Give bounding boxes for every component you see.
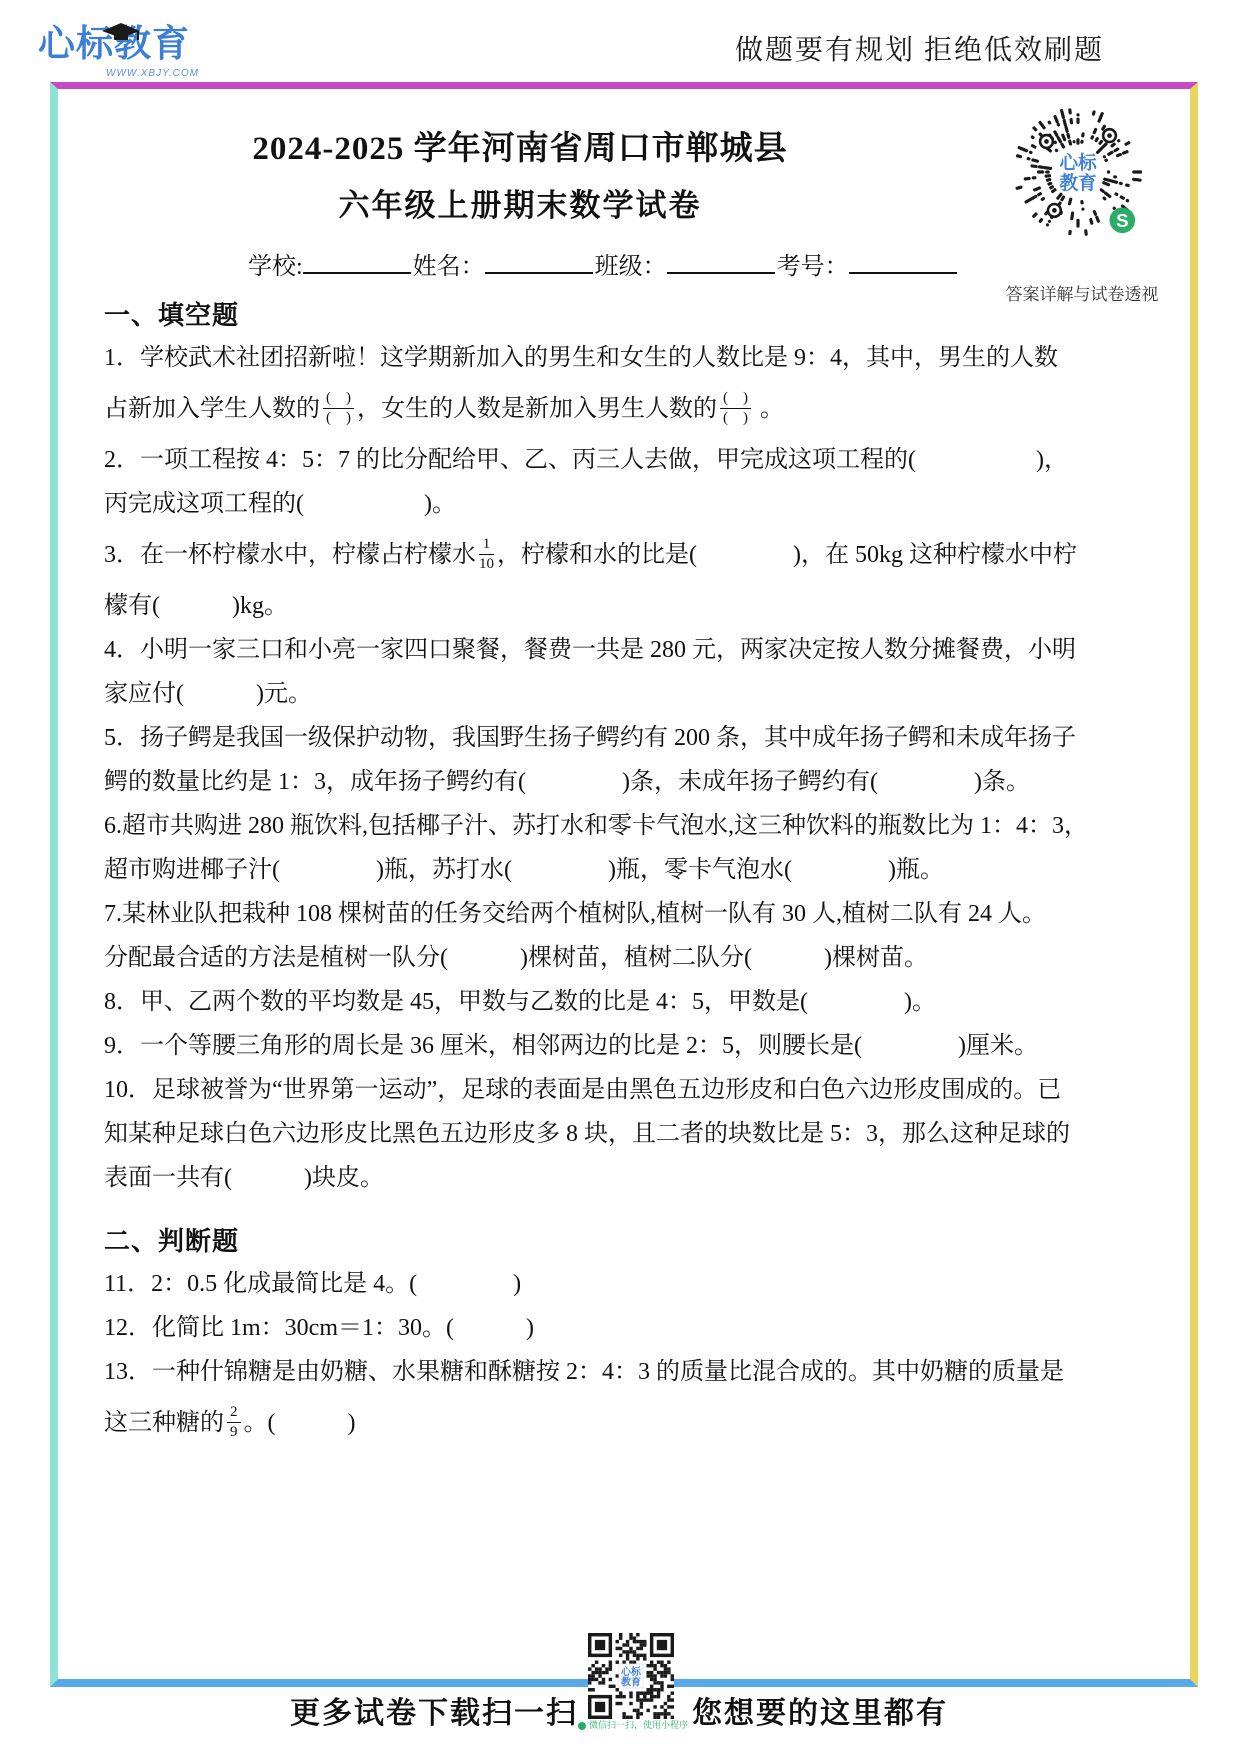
page: { "header": { "logo_text": "心标教育", "logo…: [0, 0, 1240, 1754]
exam-title-line2: 六年级上册期末数学试卷: [60, 180, 980, 225]
question-line: 丙完成这项工程的( )。: [104, 482, 1150, 526]
svg-text:心标: 心标: [620, 1665, 642, 1678]
exam-info-label: 姓名：: [413, 254, 485, 280]
fraction: ( )( ): [720, 390, 751, 428]
fill-in-blank[interactable]: [303, 248, 411, 274]
svg-text:教育: 教育: [620, 1676, 641, 1689]
fill-in-blank[interactable]: [485, 248, 593, 274]
question-line: 12．化简比 1m：30cm＝1：30。( ): [104, 1306, 1150, 1350]
footer-text-left: 更多试卷下载扫一扫: [0, 1688, 578, 1732]
exam-info-label: 考号：: [777, 254, 849, 280]
questions: 一、填空题1．学校武术社团招新啦！这学期新加入的男生和女生的人数比是 9：4，其…: [104, 294, 1150, 1452]
qr-square-caption: 微信扫一扫，使用小程序: [568, 1718, 698, 1731]
section-heading: 二、判断题: [104, 1220, 1150, 1262]
header-slogan: 做题要有规划 拒绝低效刷题: [735, 28, 1104, 68]
fill-in-blank[interactable]: [849, 248, 957, 274]
exam-info-label: 班级：: [595, 254, 667, 280]
brand-site-url: WWW.XBJY.COM: [106, 68, 199, 79]
question-line: 9．一个等腰三角形的周长是 36 厘米，相邻两边的比是 2：5，则腰长是( )厘…: [104, 1024, 1150, 1068]
question-line: 檬有( )kg。: [104, 584, 1150, 628]
qr-code-round: 心标教育S: [1014, 108, 1142, 236]
svg-text:S: S: [1116, 210, 1128, 231]
question-line: 3．在一杯柠檬水中，柠檬占柠檬水110，柠檬和水的比是( )，在 50kg 这种…: [104, 526, 1150, 584]
question-line: 2．一项工程按 4：5：7 的比分配给甲、乙、丙三人去做，甲完成这项工程的( )…: [104, 438, 1150, 482]
exam-title-line1: 2024-2025 学年河南省周口市郸城县: [60, 122, 980, 169]
qr-code-square: 心标教育: [588, 1633, 674, 1719]
fraction: ( )( ): [323, 390, 354, 428]
question-line: 知某种足球白色六边形皮比黑色五边形皮多 8 块，且二者的块数比是 5：3，那么这…: [104, 1112, 1150, 1156]
question-line: 11．2：0.5 化成最简比是 4。( ): [104, 1262, 1150, 1306]
question-line: 7.某林业队把栽种 108 棵树苗的任务交给两个植树队,植树一队有 30 人,植…: [104, 892, 1150, 936]
svg-text:心标: 心标: [1059, 152, 1098, 173]
wechat-icon: [578, 1722, 586, 1730]
fill-in-blank[interactable]: [667, 248, 775, 274]
question-line: 表面一共有( )块皮。: [104, 1156, 1150, 1200]
section-heading: 一、填空题: [104, 294, 1150, 336]
question-line: 4．小明一家三口和小亮一家四口聚餐，餐费一共是 280 元，两家决定按人数分摊餐…: [104, 628, 1150, 672]
footer-text-right: 您想要的这里都有: [692, 1688, 948, 1732]
question-line: 分配最合适的方法是植树一队分( )棵树苗，植树二队分( )棵树苗。: [104, 936, 1150, 980]
question-line: 超市购进椰子汁( )瓶，苏打水( )瓶，零卡气泡水( )瓶。: [104, 848, 1150, 892]
fraction: 29: [227, 1404, 241, 1442]
question-line: 家应付( )元。: [104, 672, 1150, 716]
exam-info-label: 学校:: [248, 254, 303, 280]
question-line: 1．学校武术社团招新啦！这学期新加入的男生和女生的人数比是 9：4，其中，男生的…: [104, 336, 1150, 380]
question-line: 鳄的数量比约是 1：3，成年扬子鳄约有( )条，未成年扬子鳄约有( )条。: [104, 760, 1150, 804]
question-line: 占新加入学生人数的( )( )，女生的人数是新加入男生人数的( )( ) 。: [104, 380, 1150, 438]
exam-info-line: 学校:姓名：班级：考号：: [248, 246, 959, 281]
brand-logo: 心标教育 WWW.XBJY.COM: [38, 16, 258, 80]
graduation-cap-icon: [100, 22, 142, 44]
fraction: 110: [479, 536, 494, 574]
question-line: 6.超市共购进 280 瓶饮料,包括椰子汁、苏打水和零卡气泡水,这三种饮料的瓶数…: [104, 804, 1150, 848]
question-line: 13．一种什锦糖是由奶糖、水果糖和酥糖按 2：4：3 的质量比混合成的。其中奶糖…: [104, 1350, 1150, 1394]
svg-text:教育: 教育: [1058, 173, 1097, 194]
question-line: 这三种糖的29。( ): [104, 1394, 1150, 1452]
question-line: 10．足球被誉为“世界第一运动”，足球的表面是由黑色五边形皮和白色六边形皮围成的…: [104, 1068, 1150, 1112]
question-line: 8．甲、乙两个数的平均数是 45，甲数与乙数的比是 4：5，甲数是( )。: [104, 980, 1150, 1024]
question-line: 5．扬子鳄是我国一级保护动物，我国野生扬子鳄约有 200 条，其中成年扬子鳄和未…: [104, 716, 1150, 760]
